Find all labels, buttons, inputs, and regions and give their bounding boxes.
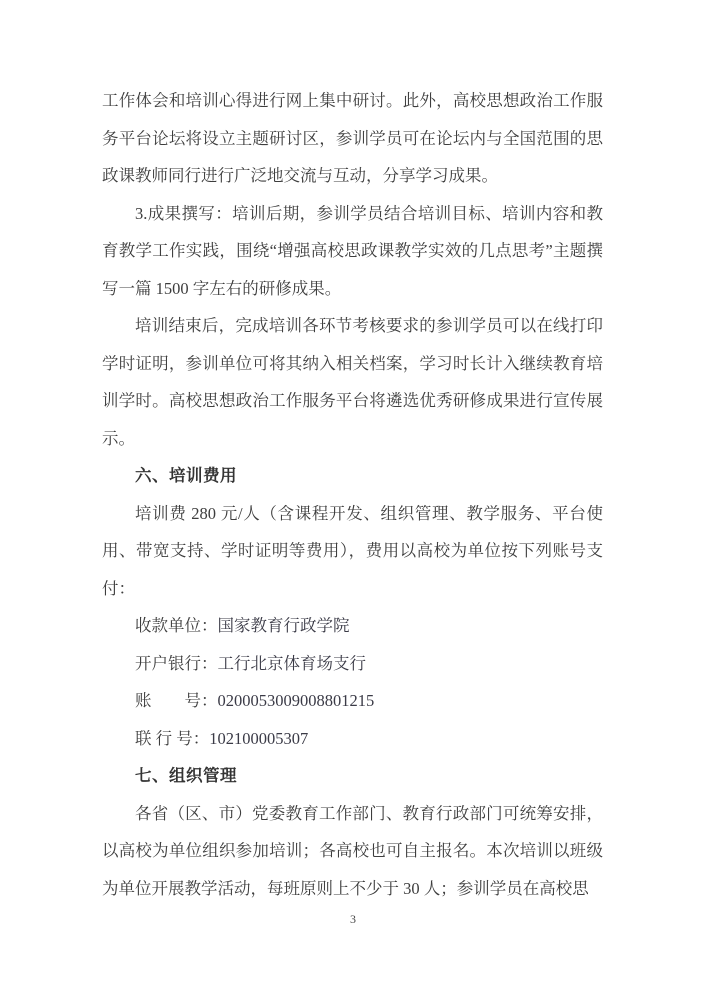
document-page: 工作体会和培训心得进行网上集中研讨。此外，高校思想政治工作服务平台论坛将设立主题… bbox=[0, 0, 706, 1001]
paragraph-organization: 各省（区、市）党委教育工作部门、教育行政部门可统筹安排，以高校为单位组织参加培训… bbox=[102, 795, 603, 908]
payee-line: 收款单位：国家教育行政学院 bbox=[102, 607, 603, 645]
paragraph-continuation: 工作体会和培训心得进行网上集中研讨。此外，高校思想政治工作服务平台论坛将设立主题… bbox=[102, 82, 603, 195]
bank-line: 开户银行：工行北京体育场支行 bbox=[102, 645, 603, 683]
bank-value: 工行北京体育场支行 bbox=[218, 654, 367, 673]
account-number-line: 账 号：0200053009008801215 bbox=[102, 682, 603, 720]
bank-code-label: 联 行 号： bbox=[135, 729, 209, 748]
section-heading-training-fees: 六、培训费用 bbox=[102, 457, 603, 495]
section-heading-organization-management: 七、组织管理 bbox=[102, 757, 603, 795]
page-number: 3 bbox=[0, 912, 706, 927]
paragraph-after-training: 培训结束后，完成培训各环节考核要求的参训学员可以在线打印学时证明，参训单位可将其… bbox=[102, 307, 603, 457]
bank-code-line: 联 行 号：102100005307 bbox=[102, 720, 603, 758]
paragraph-fee-details: 培训费 280 元/人（含课程开发、组织管理、教学服务、平台使用、带宽支持、学时… bbox=[102, 495, 603, 608]
paragraph-result-writing: 3.成果撰写：培训后期，参训学员结合培训目标、培训内容和教育教学工作实践，围绕“… bbox=[102, 195, 603, 308]
bank-label: 开户银行： bbox=[135, 654, 218, 673]
account-number-label: 账 号： bbox=[135, 691, 218, 710]
payee-label: 收款单位： bbox=[135, 616, 218, 635]
payee-value: 国家教育行政学院 bbox=[218, 616, 350, 635]
account-number-value: 0200053009008801215 bbox=[218, 691, 375, 710]
document-content: 工作体会和培训心得进行网上集中研讨。此外，高校思想政治工作服务平台论坛将设立主题… bbox=[102, 82, 603, 907]
bank-code-value: 102100005307 bbox=[209, 729, 308, 748]
